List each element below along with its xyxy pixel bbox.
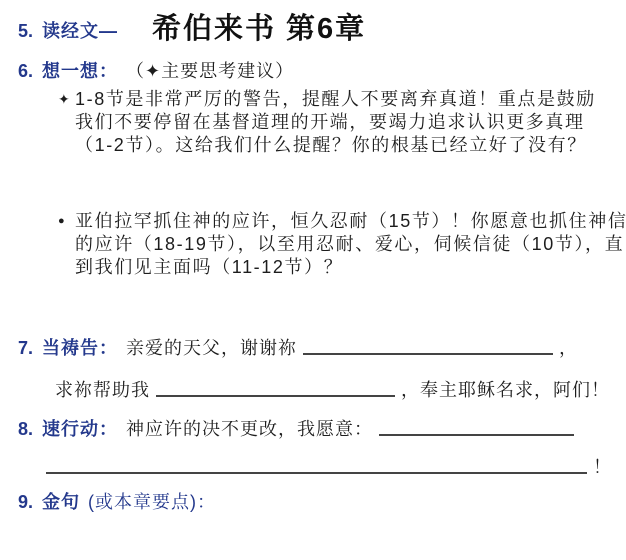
read-scripture-label: 读经文— xyxy=(42,19,118,43)
section-pray-line-1: 7. 当祷告： 亲爱的天父，谢谢祢 ， xyxy=(18,337,626,360)
golden-verse-note: (或本章要点)： xyxy=(88,491,216,514)
pray-line2-prefix: 求祢帮助我 xyxy=(55,379,150,402)
think-bullet-2: ● 亚伯拉罕抓住神的应许，恒久忍耐（15节）！你愿意也抓住神信实 的应许（18-… xyxy=(58,210,616,279)
dot-bullet-icon: ● xyxy=(58,210,75,233)
blank-line-pray-1 xyxy=(303,353,553,355)
think-hint: （✦主要思考建议） xyxy=(126,60,294,83)
section-pray-line-2: 求祢帮助我 ，奉主耶稣名求，阿们！ xyxy=(55,379,626,402)
pray-label: 当祷告： xyxy=(42,337,118,360)
bullet-line: 到我们见主面吗（11-12节）？ xyxy=(75,256,626,279)
blank-line-pray-2 xyxy=(156,395,395,397)
worksheet-page: 5. 读经文— 希伯来书 第6章 6. 想一想： （✦主要思考建议） ✦ 1-8… xyxy=(0,0,626,560)
think-bullet-1-text: 1-8节是非常严厉的警告，提醒人不要离弃真道！重点是鼓励 我们不要停留在基督道理… xyxy=(75,88,596,157)
think-label: 想一想： xyxy=(42,60,118,83)
section-act-line-1: 8. 速行动： 神应许的决不更改，我愿意： xyxy=(18,418,626,441)
bullet-line: 我们不要停留在基督道理的开端，要竭力追求认识更多真理 xyxy=(75,111,596,134)
chapter-title: 希伯来书 第6章 xyxy=(152,12,366,46)
section-golden-verse: 9. 金句 (或本章要点)： xyxy=(18,491,626,514)
blank-line-act-2 xyxy=(46,472,587,474)
act-label: 速行动： xyxy=(42,418,118,441)
section-number-8: 8. xyxy=(18,418,42,441)
section-think-header: 6. 想一想： （✦主要思考建议） xyxy=(18,60,626,83)
act-line1-text: 神应许的决不更改，我愿意： xyxy=(126,418,373,441)
bullet-line: （1-2节）。这给我们什么提醒？你的根基已经立好了没有？ xyxy=(75,134,596,157)
bullet-line: 1-8节是非常严厉的警告，提醒人不要离弃真道！重点是鼓励 xyxy=(75,88,596,111)
section-number-5: 5. xyxy=(18,19,42,43)
pray-line2-suffix: ，奉主耶稣名求，阿们！ xyxy=(401,379,610,402)
pray-line1-suffix: ， xyxy=(559,337,578,360)
act-line2-suffix: ！ xyxy=(593,456,612,479)
section-act-line-2: ！ xyxy=(40,456,626,479)
blank-line-act-1 xyxy=(379,434,574,436)
golden-verse-label: 金句 xyxy=(42,491,80,514)
section-number-9: 9. xyxy=(18,491,42,514)
bullet-line: 的应许（18-19节），以至用忍耐、爱心，伺候信徒（10节），直 xyxy=(75,233,626,256)
think-bullet-1: ✦ 1-8节是非常严厉的警告，提醒人不要离弃真道！重点是鼓励 我们不要停留在基督… xyxy=(58,88,616,157)
pray-line1-prefix: 亲爱的天父，谢谢祢 xyxy=(126,337,297,360)
section-number-7: 7. xyxy=(18,337,42,360)
bullet-line: 亚伯拉罕抓住神的应许，恒久忍耐（15节）！你愿意也抓住神信实 xyxy=(75,210,626,233)
section-read-scripture: 5. 读经文— 希伯来书 第6章 xyxy=(18,12,626,46)
star-bullet-icon: ✦ xyxy=(58,88,75,111)
section-number-6: 6. xyxy=(18,60,42,83)
think-bullet-2-text: 亚伯拉罕抓住神的应许，恒久忍耐（15节）！你愿意也抓住神信实 的应许（18-19… xyxy=(75,210,626,279)
